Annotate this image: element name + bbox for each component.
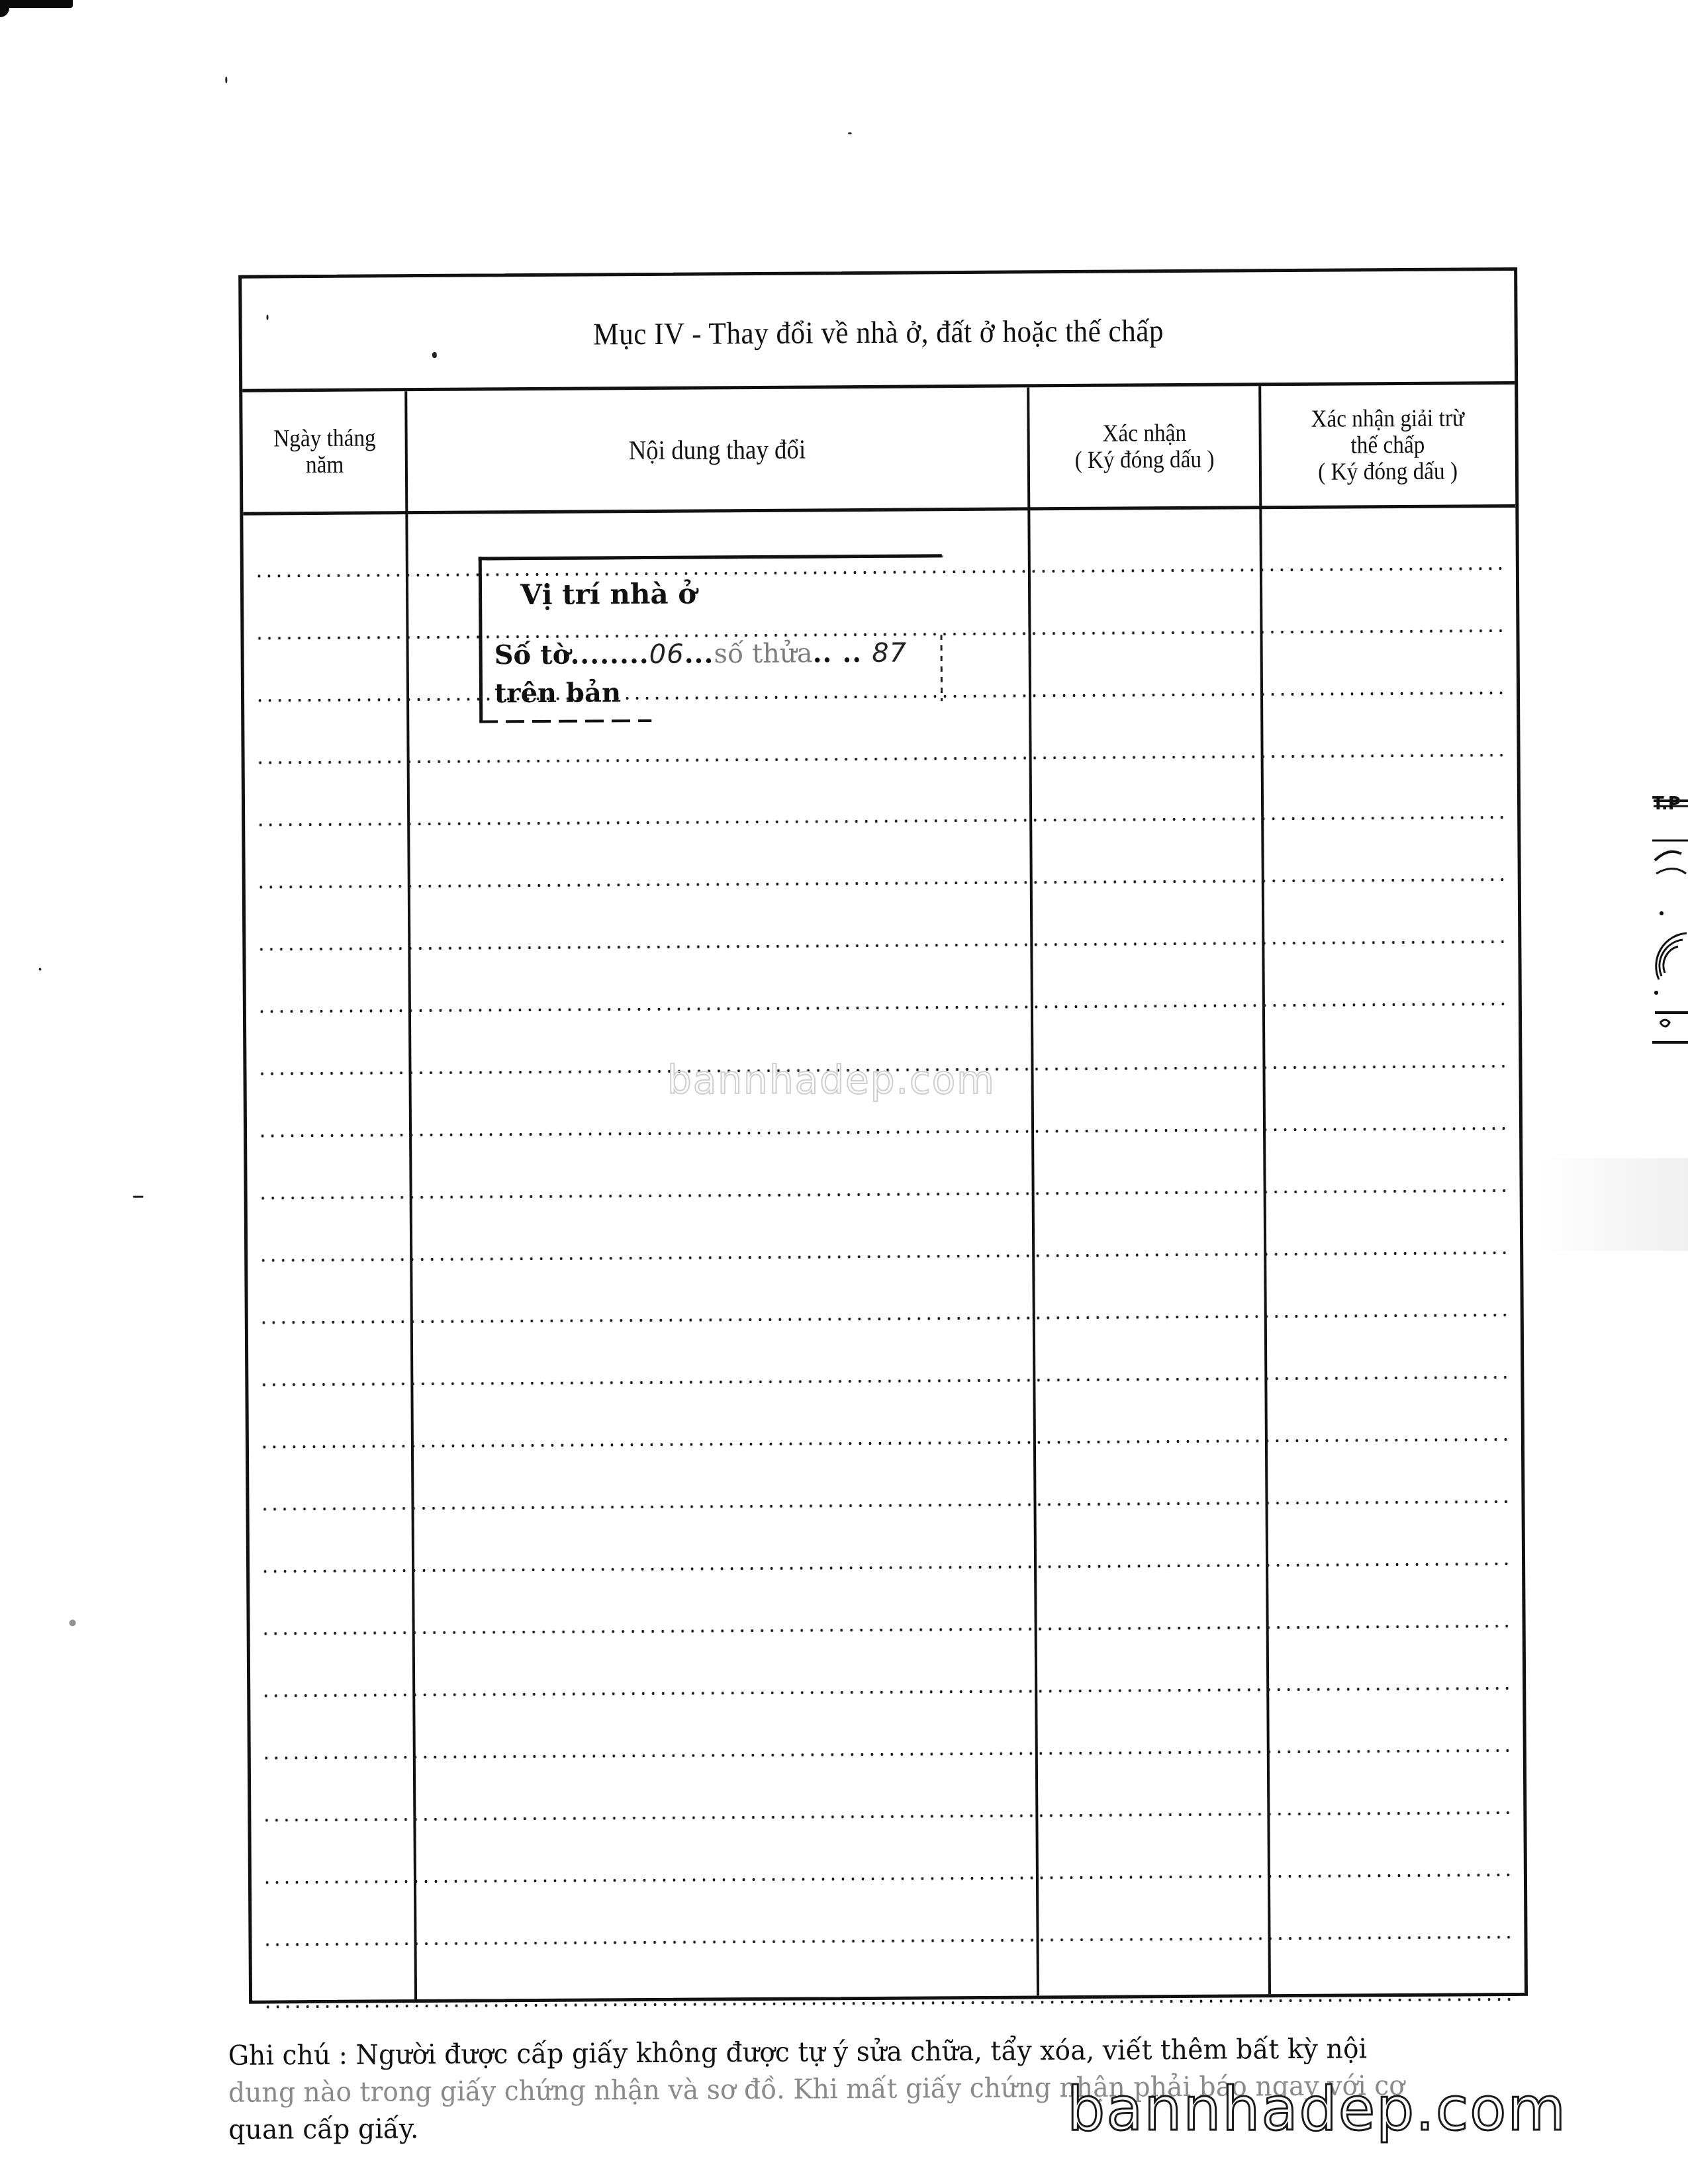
plot-number-value: 87	[872, 638, 907, 668]
ruled-line	[263, 1936, 1514, 1946]
header-label-release: Xác nhận giải trừ thế chấp ( Ký đóng dấu…	[1311, 405, 1464, 485]
dot-leader: ........	[570, 639, 649, 670]
stamp-line-sheet-plot: Số tờ........06...số thửa.. .. 87	[494, 637, 908, 671]
ruled-line	[260, 1500, 1511, 1511]
header-cell-date: Ngày tháng năm	[242, 391, 406, 512]
ruled-line	[262, 1874, 1513, 1884]
seal-icon	[1648, 774, 1688, 1052]
location-stamp: Vị trí nhà ở Số tờ........06...số thửa..…	[479, 554, 943, 722]
ruled-line	[261, 1811, 1513, 1822]
ruled-line	[256, 816, 1507, 827]
ruled-line	[256, 754, 1507, 764]
scan-speck	[848, 132, 852, 134]
ruled-line	[261, 1749, 1513, 1760]
ruled-line	[258, 1251, 1509, 1262]
stamp-location-label: Vị trí nhà ở	[520, 577, 696, 611]
table-body	[243, 508, 1524, 2001]
ruled-line	[256, 878, 1507, 889]
stamp-line-location: Vị trí nhà ở	[520, 577, 696, 611]
ruled-line	[257, 1003, 1508, 1013]
ruled-line	[260, 1563, 1511, 1573]
changes-table: Mục IV - Thay đổi về nhà ở, đất ở hoặc t…	[238, 267, 1528, 2004]
ruled-line	[261, 1625, 1512, 1635]
header-label-date: Ngày tháng năm	[273, 425, 376, 478]
header-cell-release: Xác nhận giải trừ thế chấp ( Ký đóng dấu…	[1260, 385, 1515, 506]
stamp-plot-label: số thửa	[714, 638, 812, 669]
stamp-right-edge	[940, 635, 943, 701]
scan-speck	[267, 314, 269, 320]
ruled-line	[259, 1438, 1511, 1449]
ruled-line	[258, 1127, 1509, 1138]
sheet-number-value: 06	[649, 639, 684, 670]
scan-shadow	[1536, 1158, 1688, 1251]
ruled-line	[263, 1998, 1514, 2009]
stamp-sheet-label: Số tờ	[494, 639, 571, 671]
dot-leader: .. ..	[812, 637, 872, 669]
scan-speck	[225, 77, 227, 83]
stamp-map-label: trên bản	[494, 677, 621, 709]
scan-speck	[133, 1196, 144, 1198]
table-header-row: Ngày tháng năm Nội dung thay đổi Xác nhậ…	[242, 385, 1515, 516]
section-title: Mục IV - Thay đổi về nhà ở, đất ở hoặc t…	[593, 313, 1164, 352]
ruled-line	[256, 940, 1507, 951]
scan-speck	[432, 352, 437, 358]
edge-seal-text: T.P	[1652, 794, 1681, 814]
header-cell-content: Nội dung thay đổi	[406, 387, 1029, 511]
scan-speck	[70, 1619, 76, 1626]
scan-speck	[39, 968, 42, 971]
ruled-line	[258, 1189, 1509, 1200]
header-label-confirm: Xác nhận ( Ký đóng dấu )	[1074, 420, 1214, 473]
header-label-content: Nội dung thay đổi	[629, 434, 806, 465]
ruled-line	[261, 1687, 1512, 1698]
dot-leader: ...	[684, 638, 714, 669]
ruled-line	[259, 1376, 1510, 1387]
header-cell-confirm: Xác nhận ( Ký đóng dấu )	[1028, 386, 1260, 507]
edge-seal-fragment: T.P	[1648, 774, 1688, 1052]
ruled-line	[259, 1314, 1510, 1324]
stamp-line-map: trên bản	[494, 677, 621, 709]
watermark-center: bannhadep.com	[667, 1058, 996, 1103]
section-title-band: Mục IV - Thay đổi về nhà ở, đất ở hoặc t…	[242, 271, 1515, 392]
watermark-bottom: bannhadep.com	[1067, 2075, 1567, 2144]
